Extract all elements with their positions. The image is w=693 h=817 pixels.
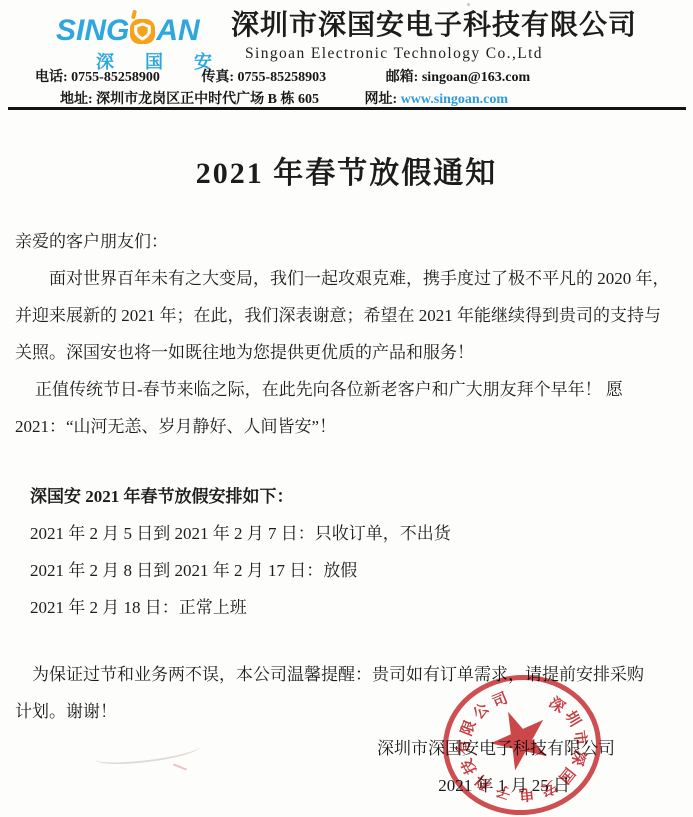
paragraph-line: 为保证过节和业务两不误，本公司温馨提醒：贵司如有订单需求，请提前安排采购 (15, 656, 668, 693)
address-label: 地址: (60, 92, 96, 107)
company-name-en: Singoan Electronic Technology Co.,Ltd (245, 45, 661, 63)
paragraph-line: 面对世界百年未有之大变局，我们一起攻艰克难，携手度过了极不平凡的 2020 年， (15, 260, 668, 297)
fax-item: 传真: 0755-85258903 (201, 66, 326, 86)
paragraph-line: 并迎来展新的 2021 年；在此，我们深表谢意；希望在 2021 年能继续得到贵… (15, 297, 668, 334)
paragraph-line: 关照。深国安也将一如既往地为您提供更优质的产品和服务！ (15, 334, 668, 371)
paragraph-line: 2021：“山河无恙、岁月静好、人间皆安”！ (15, 408, 668, 445)
address-value: 深圳市龙岗区正中时代广场 B 栋 605 (96, 92, 319, 107)
email-label: 邮箱: (386, 70, 422, 85)
address-item: 地址: 深圳市龙岗区正中时代广场 B 栋 605 (60, 88, 319, 108)
paragraph-line: 计划。谢谢！ (15, 693, 668, 730)
contact-line-2: 地址: 深圳市龙岗区正中时代广场 B 栋 605 网址: www.singoan… (60, 88, 508, 108)
email-value: singoan@163.com (422, 70, 530, 85)
phone-value: 0755-85258900 (71, 70, 160, 85)
company-name-block: 深圳市深国安电子科技有限公司 Singoan Electronic Techno… (231, 10, 661, 63)
signature-date: 2021 年 1 月 25 日 (15, 767, 570, 804)
fax-label: 传真: (201, 70, 237, 85)
notice-title: 2021 年春节放假通知 (0, 148, 693, 192)
logo-text-left: SING (56, 16, 129, 46)
phone-label: 电话: (35, 70, 71, 85)
document-page: { "header": { "brand_left": "SING", "bra… (0, 0, 693, 817)
letterhead-divider (8, 107, 686, 110)
company-name-cn: 深圳市深国安电子科技有限公司 (231, 10, 661, 42)
scan-artifact (467, 3, 470, 6)
schedule-item: 2021 年 2 月 5 日到 2021 年 2 月 7 日：只收订单，不出货 (30, 515, 668, 552)
notice-body: 亲爱的客户朋友们： 面对世界百年未有之大变局，我们一起攻艰克难，携手度过了极不平… (0, 223, 693, 804)
schedule-item: 2021 年 2 月 18 日：正常上班 (30, 589, 668, 626)
schedule-heading: 深国安 2021 年春节放假安排如下： (30, 478, 668, 515)
phone-item: 电话: 0755-85258900 (35, 66, 160, 86)
website-item: 网址: www.singoan.com (365, 88, 509, 108)
website-link: www.singoan.com (401, 92, 508, 107)
contact-line-1: 电话: 0755-85258900 传真: 0755-85258903 邮箱: … (35, 66, 530, 86)
salutation: 亲爱的客户朋友们： (15, 223, 668, 260)
letterhead: SINGAN 深 国 安 深圳市深国安电子科技有限公司 Singoan Elec… (0, 0, 693, 112)
schedule-item: 2021 年 2 月 8 日到 2021 年 2 月 17 日：放假 (30, 552, 668, 589)
fax-value: 0755-85258903 (238, 70, 327, 85)
logo-text-right: AN (156, 16, 199, 46)
shield-icon (130, 19, 155, 44)
website-label: 网址: (365, 92, 401, 107)
logo-wordmark: SINGAN (56, 16, 234, 46)
email-item: 邮箱: singoan@163.com (386, 66, 530, 86)
paragraph-line: 正值传统节日-春节来临之际，在此先向各位新老客户和广大朋友拜个早年！ 愿 (15, 371, 668, 408)
